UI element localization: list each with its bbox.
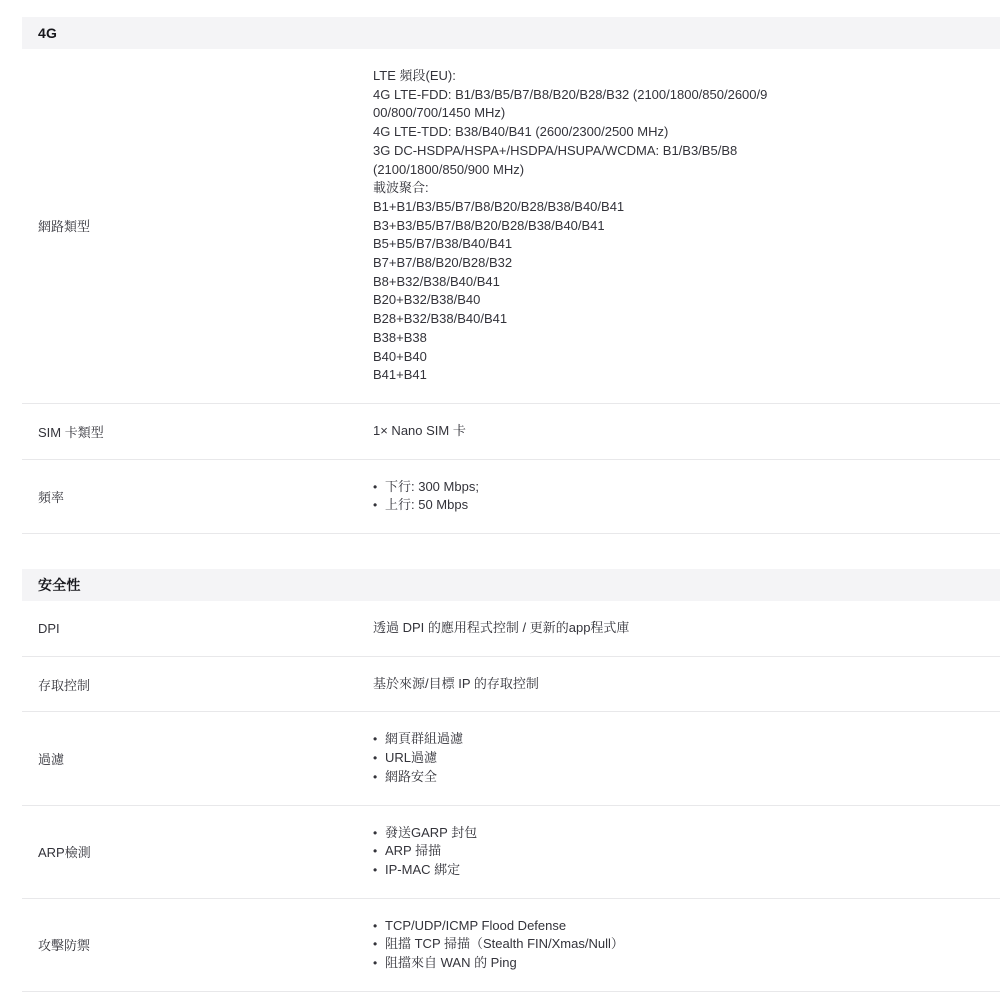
spec-section: 4G 網路類型 LTE 頻段(EU):4G LTE-FDD: B1/B3/B5/… [22, 17, 1000, 534]
value-bullet-item: •IP-MAC 綁定 [373, 861, 982, 880]
value-line: 4G LTE-FDD: B1/B3/B5/B7/B8/B20/B28/B32 (… [373, 86, 982, 105]
section-title: 4G [38, 25, 57, 41]
row-value: LTE 頻段(EU):4G LTE-FDD: B1/B3/B5/B7/B8/B2… [373, 49, 1000, 403]
bullet-icon: • [373, 768, 385, 787]
spec-row: 存取控制 基於來源/目標 IP 的存取控制 [22, 657, 1000, 713]
value-bullet-item: •ARP 掃描 [373, 842, 982, 861]
row-value: 1× Nano SIM 卡 [373, 404, 1000, 459]
value-text: IP-MAC 綁定 [385, 861, 460, 880]
value-text: 上行: 50 Mbps [385, 496, 468, 515]
value-bullet-item: •網頁群組過濾 [373, 730, 982, 749]
row-value: •下行: 300 Mbps;•上行: 50 Mbps [373, 460, 1000, 533]
spec-section: 安全性 DPI 透過 DPI 的應用程式控制 / 更新的app程式庫 存取控制 … [22, 569, 1000, 992]
value-line: 1× Nano SIM 卡 [373, 422, 982, 441]
value-line: B20+B32/B38/B40 [373, 291, 982, 310]
section-rows: DPI 透過 DPI 的應用程式控制 / 更新的app程式庫 存取控制 基於來源… [22, 601, 1000, 992]
value-bullet-item: •阻擋來自 WAN 的 Ping [373, 954, 982, 973]
value-line: 4G LTE-TDD: B38/B40/B41 (2600/2300/2500 … [373, 123, 982, 142]
spec-row: 過濾 •網頁群組過濾•URL過濾•網路安全 [22, 712, 1000, 805]
value-line: 00/800/700/1450 MHz) [373, 104, 982, 123]
value-line: B1+B1/B3/B5/B7/B8/B20/B28/B38/B40/B41 [373, 198, 982, 217]
value-bullet-item: •URL過濾 [373, 749, 982, 768]
bullet-icon: • [373, 954, 385, 973]
value-bullet-item: •TCP/UDP/ICMP Flood Defense [373, 917, 982, 936]
value-text: 阻擋 TCP 掃描（Stealth FIN/Xmas/Null） [385, 935, 624, 954]
row-value: 透過 DPI 的應用程式控制 / 更新的app程式庫 [373, 601, 1000, 656]
section-rows: 網路類型 LTE 頻段(EU):4G LTE-FDD: B1/B3/B5/B7/… [22, 49, 1000, 534]
value-text: 發送GARP 封包 [385, 824, 477, 843]
spec-row: 攻擊防禦 •TCP/UDP/ICMP Flood Defense•阻擋 TCP … [22, 899, 1000, 992]
spec-row: 網路類型 LTE 頻段(EU):4G LTE-FDD: B1/B3/B5/B7/… [22, 49, 1000, 404]
value-line: B5+B5/B7/B38/B40/B41 [373, 235, 982, 254]
bullet-icon: • [373, 478, 385, 497]
value-line: 透過 DPI 的應用程式控制 / 更新的app程式庫 [373, 619, 982, 638]
bullet-icon: • [373, 861, 385, 880]
section-header: 4G [22, 17, 1000, 49]
value-bullet-item: •上行: 50 Mbps [373, 496, 982, 515]
spec-row: 頻率 •下行: 300 Mbps;•上行: 50 Mbps [22, 460, 1000, 534]
value-line: 基於來源/目標 IP 的存取控制 [373, 675, 982, 694]
row-label: 過濾 [22, 712, 373, 804]
spec-row: ARP檢測 •發送GARP 封包•ARP 掃描•IP-MAC 綁定 [22, 806, 1000, 899]
value-line: B3+B3/B5/B7/B8/B20/B28/B38/B40/B41 [373, 217, 982, 236]
value-text: 阻擋來自 WAN 的 Ping [385, 954, 517, 973]
value-line: (2100/1800/850/900 MHz) [373, 161, 982, 180]
spec-table: 4G 網路類型 LTE 頻段(EU):4G LTE-FDD: B1/B3/B5/… [22, 17, 1000, 992]
row-value: •網頁群組過濾•URL過濾•網路安全 [373, 712, 1000, 804]
bullet-icon: • [373, 842, 385, 861]
row-value: •TCP/UDP/ICMP Flood Defense•阻擋 TCP 掃描（St… [373, 899, 1000, 991]
value-line: B41+B41 [373, 366, 982, 385]
value-bullet-item: •阻擋 TCP 掃描（Stealth FIN/Xmas/Null） [373, 935, 982, 954]
value-bullet-item: •下行: 300 Mbps; [373, 478, 982, 497]
value-line: B40+B40 [373, 348, 982, 367]
section-header: 安全性 [22, 569, 1000, 601]
row-label: ARP檢測 [22, 806, 373, 898]
row-label: 網路類型 [22, 49, 373, 403]
value-line: 3G DC-HSDPA/HSPA+/HSDPA/HSUPA/WCDMA: B1/… [373, 142, 982, 161]
bullet-icon: • [373, 935, 385, 954]
bullet-icon: • [373, 824, 385, 843]
value-text: 網路安全 [385, 768, 437, 787]
row-label: 存取控制 [22, 657, 373, 712]
value-text: ARP 掃描 [385, 842, 441, 861]
bullet-icon: • [373, 917, 385, 936]
spec-row: SIM 卡類型 1× Nano SIM 卡 [22, 404, 1000, 460]
value-line: B28+B32/B38/B40/B41 [373, 310, 982, 329]
row-label: DPI [22, 601, 373, 656]
value-text: URL過濾 [385, 749, 437, 768]
value-bullet-item: •網路安全 [373, 768, 982, 787]
row-value: •發送GARP 封包•ARP 掃描•IP-MAC 綁定 [373, 806, 1000, 898]
bullet-icon: • [373, 749, 385, 768]
section-title: 安全性 [38, 575, 81, 595]
spec-row: DPI 透過 DPI 的應用程式控制 / 更新的app程式庫 [22, 601, 1000, 657]
value-line: B7+B7/B8/B20/B28/B32 [373, 254, 982, 273]
value-bullet-item: •發送GARP 封包 [373, 824, 982, 843]
row-label: 頻率 [22, 460, 373, 533]
row-label: SIM 卡類型 [22, 404, 373, 459]
row-label: 攻擊防禦 [22, 899, 373, 991]
value-text: 網頁群組過濾 [385, 730, 463, 749]
value-text: 下行: 300 Mbps; [385, 478, 479, 497]
value-line: B38+B38 [373, 329, 982, 348]
value-line: 載波聚合: [373, 179, 982, 198]
row-value: 基於來源/目標 IP 的存取控制 [373, 657, 1000, 712]
value-line: LTE 頻段(EU): [373, 67, 982, 86]
value-line: B8+B32/B38/B40/B41 [373, 273, 982, 292]
bullet-icon: • [373, 496, 385, 515]
bullet-icon: • [373, 730, 385, 749]
value-text: TCP/UDP/ICMP Flood Defense [385, 917, 566, 936]
